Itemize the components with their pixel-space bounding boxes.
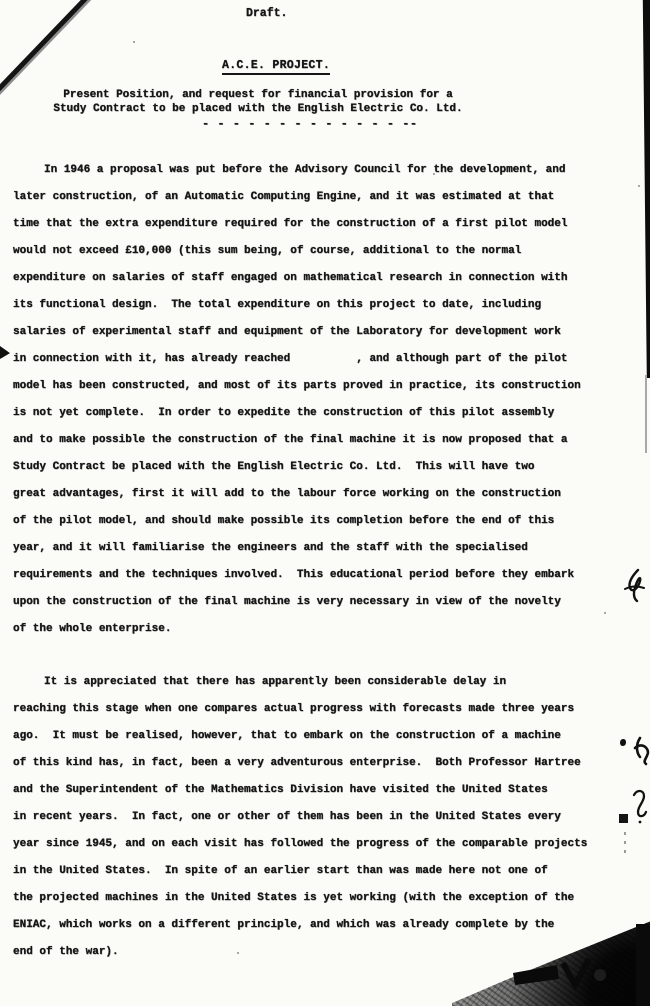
text-line: requirements and the techniques involved… xyxy=(13,562,625,589)
text-line: year since 1945, and on each visit has f… xyxy=(13,831,625,858)
ink-square-mark xyxy=(619,814,628,823)
text-line: and the Superintendent of the Mathematic… xyxy=(13,777,625,804)
text-line: ago. It must be realised, however, that … xyxy=(13,723,625,750)
text-line: time that the extra expenditure required… xyxy=(13,211,625,238)
dashed-divider: - - - - - - - - - - - - - -- xyxy=(202,117,418,131)
text-line: upon the construction of the final machi… xyxy=(13,589,625,616)
ink-blob xyxy=(0,346,10,359)
text-line: its functional design. The total expendi… xyxy=(13,292,625,319)
text-line: of the pilot model, and should make poss… xyxy=(13,508,625,535)
text-line: year, and it will familiarise the engine… xyxy=(13,535,625,562)
scan-speck xyxy=(638,185,640,187)
handwritten-margin-mark-3 xyxy=(630,788,650,826)
text-line: and to make possible the construction of… xyxy=(13,427,625,454)
ink-dot xyxy=(620,739,626,746)
text-line: ENIAC, which works on a different princi… xyxy=(13,912,625,939)
paragraph-2: It is appreciated that there has apparen… xyxy=(13,669,625,966)
text-line: expenditure on salaries of staff engaged… xyxy=(13,265,625,292)
text-line: would not exceed £10,000 (this sum being… xyxy=(13,238,625,265)
text-line: is not yet complete. In order to expedit… xyxy=(13,400,625,427)
text-line: in connection with it, has already reach… xyxy=(13,346,625,373)
draft-label: Draft. xyxy=(246,7,287,20)
scan-dot xyxy=(624,850,626,853)
text-line: of the whole enterprise. xyxy=(13,616,625,643)
handwritten-margin-mark-2 xyxy=(633,736,650,766)
text-line: in recent years. In fact, one or other o… xyxy=(13,804,625,831)
scan-speck xyxy=(133,41,135,43)
scan-speck xyxy=(604,612,606,614)
scan-crease-line xyxy=(0,0,110,110)
text-line: reaching this stage when one compares ac… xyxy=(13,696,625,723)
text-line: in the United States. In spite of an ear… xyxy=(13,858,625,885)
scan-smudge-dark-marks xyxy=(505,955,615,995)
scan-edge-bar xyxy=(642,0,650,378)
text-line: In 1946 a proposal was put before the Ad… xyxy=(13,157,625,184)
text-line: Study Contract be placed with the Englis… xyxy=(13,454,625,481)
text-line: the projected machines in the United Sta… xyxy=(13,885,625,912)
scan-speck xyxy=(419,543,421,545)
text-line: salaries of experimental staff and equip… xyxy=(13,319,625,346)
document-title: A.C.E. PROJECT. xyxy=(222,59,330,75)
scan-smudge-corner xyxy=(636,924,650,1006)
text-line: It is appreciated that there has apparen… xyxy=(13,669,625,696)
scan-speck xyxy=(433,173,435,175)
text-line: great advantages, first it will add to t… xyxy=(13,481,625,508)
paragraph-1: In 1946 a proposal was put before the Ad… xyxy=(13,157,625,643)
handwritten-margin-mark-1 xyxy=(622,568,648,604)
scan-dot xyxy=(624,841,626,844)
scan-dot xyxy=(624,832,626,835)
scan-speck xyxy=(237,952,239,954)
scan-edge-line xyxy=(645,375,647,453)
text-line: model has been constructed, and most of … xyxy=(13,373,625,400)
text-line: of this kind has, in fact, been a very a… xyxy=(13,750,625,777)
text-line: later construction, of an Automatic Comp… xyxy=(13,184,625,211)
